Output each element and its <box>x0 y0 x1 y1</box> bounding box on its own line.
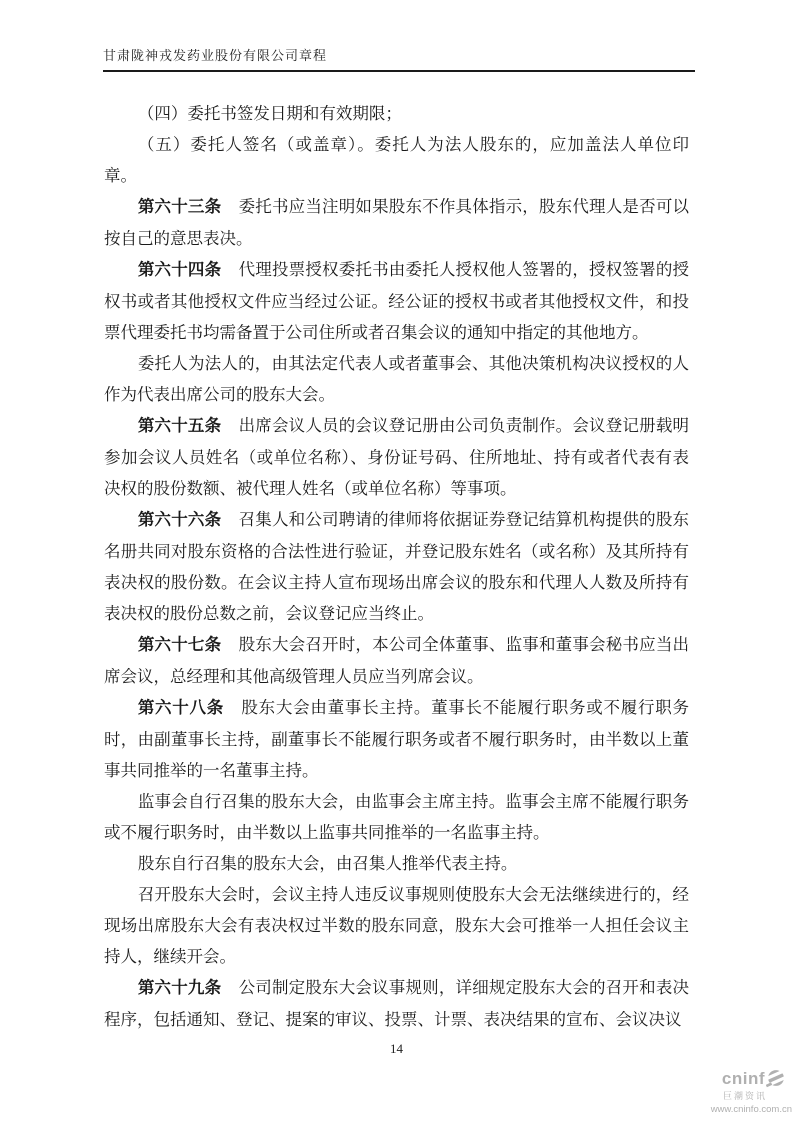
article-number: 第六十九条 <box>138 979 239 997</box>
paragraph-text: 召开股东大会时，会议主持人违反议事规则使股东大会无法继续进行的，经现场出席股东大… <box>104 885 689 966</box>
paragraph: 委托人为法人的，由其法定代表人或者董事会、其他决策机构决议授权的人作为代表出席公… <box>104 348 689 410</box>
document-page: 甘肃陇神戎发药业股份有限公司章程 （四）委托书签发日期和有效期限；（五）委托人签… <box>0 0 793 1122</box>
paragraph: 召开股东大会时，会议主持人违反议事规则使股东大会无法继续进行的，经现场出席股东大… <box>104 879 689 972</box>
cninfo-logo-row: cninf <box>708 1068 786 1088</box>
paragraph-text: 监事会自行召集的股东大会，由监事会主席主持。监事会主席不能履行职务或不履行职务时… <box>104 792 689 842</box>
paragraph-text: （五）委托人签名（或盖章）。委托人为法人股东的，应加盖法人单位印章。 <box>104 135 689 185</box>
paragraph: 第六十三条委托书应当注明如果股东不作具体指示，股东代理人是否可以按自己的意思表决… <box>104 191 689 254</box>
page-header: 甘肃陇神戎发药业股份有限公司章程 <box>103 45 695 72</box>
paragraph: 第六十五条出席会议人员的会议登记册由公司负责制作。会议登记册载明参加会议人员姓名… <box>104 410 689 504</box>
article-number: 第六十八条 <box>138 699 242 717</box>
cninfo-url: www.cninfo.com.cn <box>708 1104 792 1115</box>
cninfo-watermark: cninf 巨潮资讯 www.cninfo.com.cn <box>708 1068 792 1115</box>
cninfo-swirl-icon <box>766 1068 786 1088</box>
paragraph: （五）委托人签名（或盖章）。委托人为法人股东的，应加盖法人单位印章。 <box>104 129 689 191</box>
paragraph: 第六十八条股东大会由董事长主持。董事长不能履行职务或不履行职务时，由副董事长主持… <box>104 692 689 786</box>
header-title: 甘肃陇神戎发药业股份有限公司章程 <box>103 48 327 63</box>
paragraph-text: 股东自行召集的股东大会，由召集人推举代表主持。 <box>138 854 518 873</box>
cninfo-cn-label: 巨潮资讯 <box>708 1089 767 1102</box>
page-number: 14 <box>390 1041 403 1056</box>
cninfo-logo-text: cninf <box>722 1070 765 1087</box>
paragraph: 第六十四条代理投票授权委托书由委托人授权他人签署的，授权签署的授权书或者其他授权… <box>104 254 689 348</box>
paragraph: 第六十六条召集人和公司聘请的律师将依据证券登记结算机构提供的股东名册共同对股东资… <box>104 504 689 629</box>
article-number: 第六十五条 <box>138 417 239 435</box>
paragraph: 股东自行召集的股东大会，由召集人推举代表主持。 <box>104 848 689 879</box>
page-footer: 14 <box>0 1041 793 1057</box>
paragraph: 监事会自行召集的股东大会，由监事会主席主持。监事会主席不能履行职务或不履行职务时… <box>104 786 689 848</box>
article-number: 第六十六条 <box>138 511 239 529</box>
article-number: 第六十七条 <box>138 636 239 654</box>
paragraph: 第六十九条公司制定股东大会议事规则，详细规定股东大会的召开和表决程序，包括通知、… <box>104 972 689 1035</box>
paragraph: （四）委托书签发日期和有效期限； <box>104 98 689 129</box>
article-number: 第六十三条 <box>138 198 239 216</box>
paragraph: 第六十七条股东大会召开时，本公司全体董事、监事和董事会秘书应当出席会议，总经理和… <box>104 629 689 692</box>
article-number: 第六十四条 <box>138 261 239 279</box>
paragraph-text: 委托人为法人的，由其法定代表人或者董事会、其他决策机构决议授权的人作为代表出席公… <box>104 354 689 404</box>
paragraph-text: （四）委托书签发日期和有效期限； <box>138 104 402 123</box>
document-body: （四）委托书签发日期和有效期限；（五）委托人签名（或盖章）。委托人为法人股东的，… <box>104 98 689 1035</box>
